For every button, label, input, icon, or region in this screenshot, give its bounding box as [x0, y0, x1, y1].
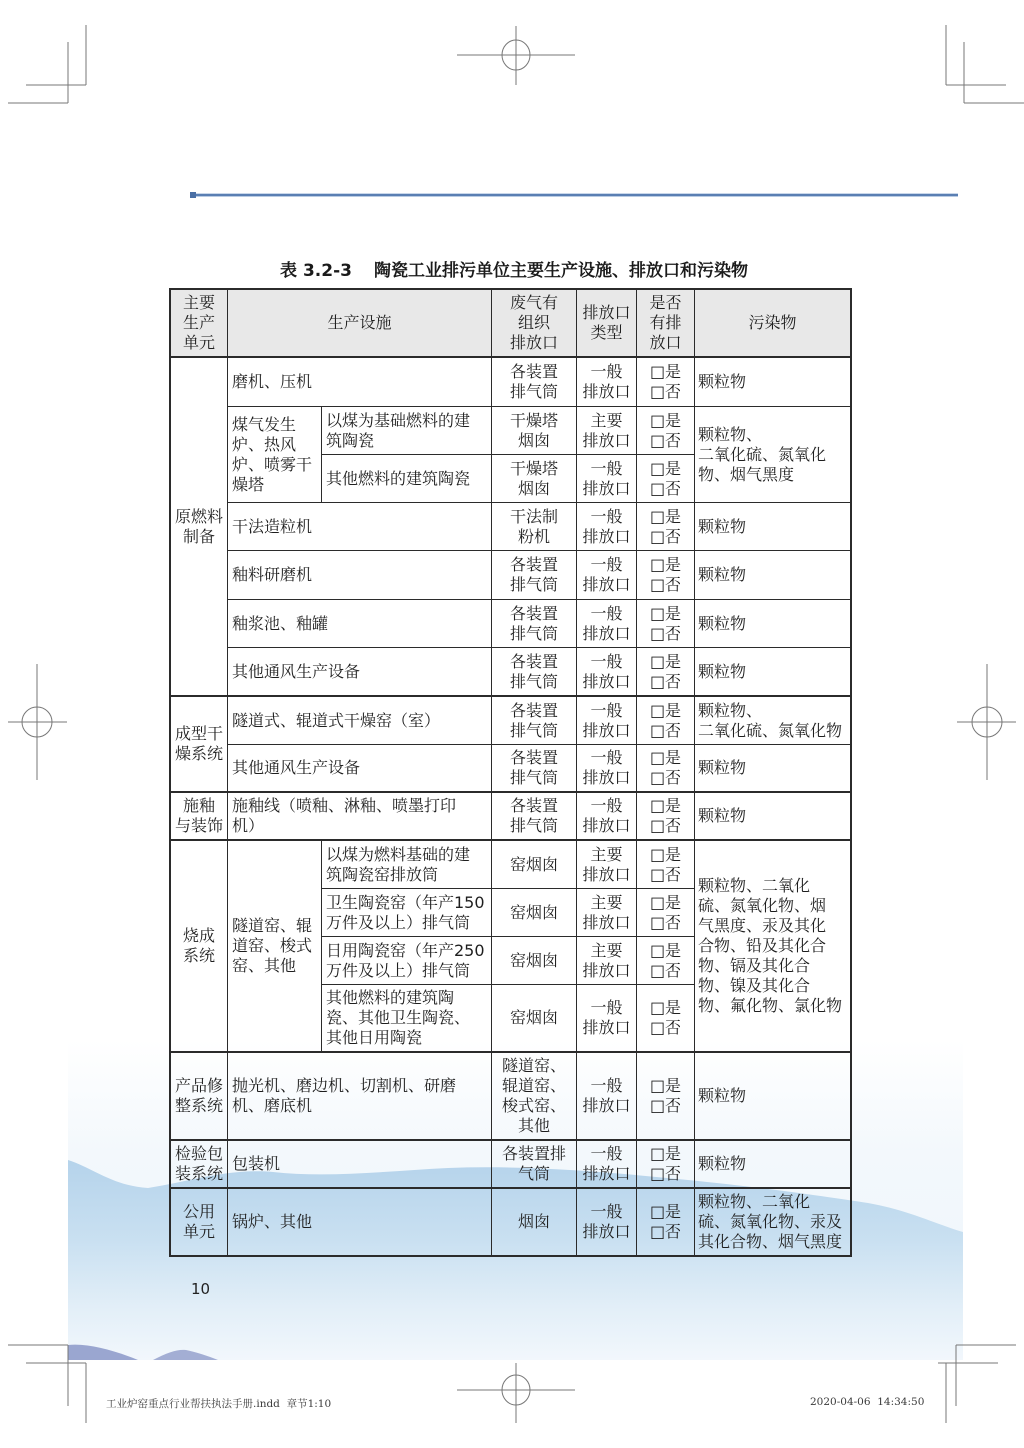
- facility-cell: 以煤为燃料基础的建 筑陶瓷窑排放筒: [322, 841, 492, 889]
- outlet-cell: 各装置 排气筒: [492, 745, 577, 793]
- outlet-type-cell: 主要 排放口: [577, 937, 637, 985]
- yes-no-checkbox-cell: □是 □否: [637, 937, 695, 985]
- yes-no-checkbox-cell: □是 □否: [637, 889, 695, 937]
- print-slug-timestamp: 2020-04-06 14:34:50: [810, 1396, 924, 1408]
- outlet-type-cell: 一般 排放口: [577, 793, 637, 841]
- header-outlet-type: 排放口 类型: [577, 290, 637, 358]
- yes-no-checkbox-cell: □是 □否: [637, 358, 695, 407]
- outlet-cell: 干燥塔 烟囱: [492, 455, 577, 503]
- pollutant-cell: 颗粒物、二氧化 硫、氮氧化物、烟 气黑度、汞及其化 合物、铅及其化合 物、镉及其…: [695, 841, 851, 1053]
- unit-cell: 施釉 与装饰: [171, 793, 228, 841]
- facility-cell: 其他燃料的建筑陶 瓷、其他卫生陶瓷、 其他日用陶瓷: [322, 985, 492, 1053]
- outlet-type-cell: 一般 排放口: [577, 985, 637, 1053]
- outlet-type-cell: 一般 排放口: [577, 358, 637, 407]
- outlet-cell: 各装置 排气筒: [492, 793, 577, 841]
- outlet-type-cell: 一般 排放口: [577, 1189, 637, 1256]
- outlet-cell: 各装置 排气筒: [492, 648, 577, 697]
- pollutant-cell: 颗粒物: [695, 745, 851, 793]
- outlet-type-cell: 主要 排放口: [577, 407, 637, 455]
- facility-cell: 其他通风生产设备: [228, 648, 492, 697]
- facility-cell: 干法造粒机: [228, 503, 492, 551]
- outlet-type-cell: 一般 排放口: [577, 600, 637, 648]
- facility-cell: 日用陶瓷窑（年产250 万件及以上）排气筒: [322, 937, 492, 985]
- header-main-unit: 主要 生产 单元: [171, 290, 228, 358]
- yes-no-checkbox-cell: □是 □否: [637, 793, 695, 841]
- pollutant-cell: 颗粒物: [695, 648, 851, 697]
- outlet-cell: 隧道窑、 辊道窑、 梭式窑、 其他: [492, 1053, 577, 1141]
- header-has-outlet: 是否 有排 放口: [637, 290, 695, 358]
- yes-no-checkbox-cell: □是 □否: [637, 985, 695, 1053]
- facility-cell: 施釉线（喷釉、淋釉、喷墨打印 机）: [228, 793, 492, 841]
- outlet-type-cell: 一般 排放口: [577, 1141, 637, 1189]
- outlet-cell: 干法制 粉机: [492, 503, 577, 551]
- header-rule-marker: [190, 192, 196, 198]
- outlet-cell: 各装置排 气筒: [492, 1141, 577, 1189]
- outlet-cell: 各装置 排气筒: [492, 697, 577, 745]
- yes-no-checkbox-cell: □是 □否: [637, 600, 695, 648]
- pollutant-cell: 颗粒物、二氧化 硫、氮氧化物、汞及 其化合物、烟气黑度: [695, 1189, 851, 1256]
- yes-no-checkbox-cell: □是 □否: [637, 841, 695, 889]
- outlet-type-cell: 主要 排放口: [577, 841, 637, 889]
- yes-no-checkbox-cell: □是 □否: [637, 1141, 695, 1189]
- unit-cell: 原燃料 制备: [171, 358, 228, 697]
- facility-cell: 磨机、压机: [228, 358, 492, 407]
- outlet-type-cell: 一般 排放口: [577, 648, 637, 697]
- facility-cell: 以煤为基础燃料的建 筑陶瓷: [322, 407, 492, 455]
- unit-cell: 烧成 系统: [171, 841, 228, 1053]
- outlet-cell: 窑烟囱: [492, 937, 577, 985]
- outlet-type-cell: 一般 排放口: [577, 1053, 637, 1141]
- header-organized-outlet: 废气有 组织 排放口: [492, 290, 577, 358]
- facility-cell: 抛光机、磨边机、切割机、研磨 机、磨底机: [228, 1053, 492, 1141]
- yes-no-checkbox-cell: □是 □否: [637, 648, 695, 697]
- yes-no-checkbox-cell: □是 □否: [637, 745, 695, 793]
- outlet-cell: 烟囱: [492, 1189, 577, 1256]
- outlet-cell: 窑烟囱: [492, 889, 577, 937]
- outlet-cell: 窑烟囱: [492, 985, 577, 1053]
- outlet-type-cell: 一般 排放口: [577, 503, 637, 551]
- unit-cell: 公用 单元: [171, 1189, 228, 1256]
- pollutant-cell: 颗粒物: [695, 600, 851, 648]
- unit-cell: 产品修 整系统: [171, 1053, 228, 1141]
- facility-cell: 卫生陶瓷窑（年产150 万件及以上）排气筒: [322, 889, 492, 937]
- pollutant-cell: 颗粒物: [695, 1053, 851, 1141]
- outlet-type-cell: 一般 排放口: [577, 745, 637, 793]
- facility-cell: 其他燃料的建筑陶瓷: [322, 455, 492, 503]
- facility-cell: 包装机: [228, 1141, 492, 1189]
- facility-cell: 锅炉、其他: [228, 1189, 492, 1256]
- header-facility: 生产设施: [228, 290, 492, 358]
- facility-group-cell: 煤气发生 炉、热风 炉、喷雾干 燥塔: [228, 407, 322, 503]
- pollutant-cell: 颗粒物: [695, 503, 851, 551]
- outlet-cell: 干燥塔 烟囱: [492, 407, 577, 455]
- facility-cell: 釉浆池、釉罐: [228, 600, 492, 648]
- outlet-cell: 各装置 排气筒: [492, 551, 577, 600]
- table-caption: 陶瓷工业排污单位主要生产设施、排放口和污染物: [374, 261, 748, 281]
- facility-table: 主要 生产 单元 生产设施 废气有 组织 排放口 排放口 类型 是否 有排 放口…: [170, 289, 851, 1256]
- header-rule: [194, 194, 958, 196]
- facility-group-cell: 隧道窑、辊 道窑、梭式 窑、其他: [228, 841, 322, 1053]
- unit-cell: 检验包 装系统: [171, 1141, 228, 1189]
- print-slug-filename: 工业炉窑重点行业帮扶执法手册.indd 章节1:10: [106, 1396, 331, 1411]
- pollutant-cell: 颗粒物: [695, 793, 851, 841]
- outlet-type-cell: 一般 排放口: [577, 697, 637, 745]
- outlet-cell: 窑烟囱: [492, 841, 577, 889]
- pollutant-cell: 颗粒物: [695, 1141, 851, 1189]
- yes-no-checkbox-cell: □是 □否: [637, 1189, 695, 1256]
- outlet-type-cell: 主要 排放口: [577, 889, 637, 937]
- yes-no-checkbox-cell: □是 □否: [637, 455, 695, 503]
- facility-cell: 釉料研磨机: [228, 551, 492, 600]
- outlet-cell: 各装置 排气筒: [492, 358, 577, 407]
- table-title: 表 3.2-3陶瓷工业排污单位主要生产设施、排放口和污染物: [0, 256, 1024, 281]
- outlet-type-cell: 一般 排放口: [577, 455, 637, 503]
- facility-cell: 隧道式、辊道式干燥窑（室）: [228, 697, 492, 745]
- outlet-type-cell: 一般 排放口: [577, 551, 637, 600]
- unit-cell: 成型干 燥系统: [171, 697, 228, 793]
- table-number: 表 3.2-3: [280, 261, 352, 281]
- header-pollutant: 污染物: [695, 290, 851, 358]
- pollutant-cell: 颗粒物: [695, 358, 851, 407]
- yes-no-checkbox-cell: □是 □否: [637, 697, 695, 745]
- yes-no-checkbox-cell: □是 □否: [637, 407, 695, 455]
- yes-no-checkbox-cell: □是 □否: [637, 1053, 695, 1141]
- pollutant-cell: 颗粒物、 二氧化硫、氮氧化 物、烟气黑度: [695, 407, 851, 503]
- pollutant-cell: 颗粒物: [695, 551, 851, 600]
- pollutant-cell: 颗粒物、 二氧化硫、氮氧化物: [695, 697, 851, 745]
- yes-no-checkbox-cell: □是 □否: [637, 503, 695, 551]
- facility-cell: 其他通风生产设备: [228, 745, 492, 793]
- outlet-cell: 各装置 排气筒: [492, 600, 577, 648]
- yes-no-checkbox-cell: □是 □否: [637, 551, 695, 600]
- page-number: 10: [191, 1280, 210, 1298]
